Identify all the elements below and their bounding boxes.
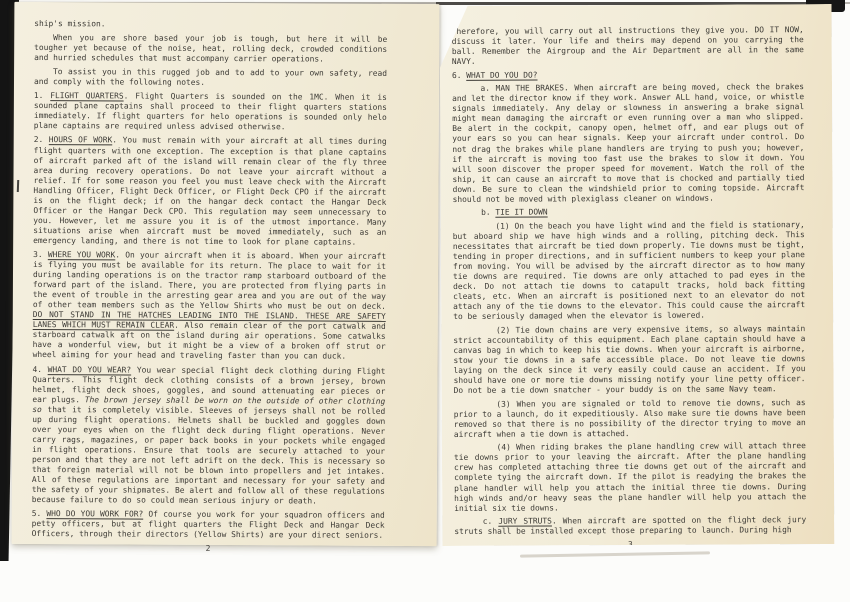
paragraph: 3. WHERE YOU WORK. On your aircraft when…	[33, 250, 387, 362]
body-text: (3) When you are signaled or told to rem…	[454, 398, 806, 439]
paragraph: 2. HOURS OF WORK. You must remain with y…	[33, 135, 387, 247]
scanned-page-left: ship's mission.When you are shore based …	[12, 2, 440, 546]
body-text: 2.	[34, 135, 49, 144]
body-text: ship's mission.	[34, 19, 105, 28]
scanned-document-view: ship's mission.When you are shore based …	[0, 0, 850, 602]
paragraph: 5. WHO DO YOU WORK FOR? Of course you wo…	[32, 509, 385, 541]
body-text: (1) On the beach you have light wind and…	[453, 220, 805, 321]
paragraph: 4. WHAT DO YOU WEAR? You wear special fl…	[32, 364, 386, 507]
paragraph: To assist you in this rugged job and to …	[34, 67, 387, 89]
body-text: 3.	[33, 250, 48, 259]
underlined-heading-text: HOURS OF WORK	[49, 136, 112, 145]
underlined-heading-text: WHAT DO YOU WEAR?	[48, 365, 132, 374]
paragraph: a. MAN THE BRAKES. When aircraft are bei…	[452, 82, 805, 204]
body-text: 6.	[452, 71, 466, 80]
body-text: . On your aircraft when it is aboard. Wh…	[33, 250, 386, 311]
body-text: (2) Tie down chains are very expensive i…	[453, 324, 805, 395]
body-text: a. MAN THE BRAKES. When aircraft are bei…	[452, 82, 805, 203]
body-text: 1.	[34, 91, 50, 100]
body-text: Therefore, you will carry out all instru…	[452, 25, 804, 66]
underlined-heading-text: JURY STRUTS	[498, 517, 552, 526]
page-number: 3	[454, 539, 806, 551]
paragraph: (2) Tie down chains are very expensive i…	[453, 324, 805, 396]
page-2-text-column: ship's mission.When you are shore based …	[32, 19, 388, 559]
underlined-heading-text: WHAT DO YOU DO?	[466, 70, 537, 79]
body-text: (4) When riding brakes the plane handlin…	[454, 441, 806, 512]
paragraph: Therefore, you will carry out all instru…	[452, 25, 804, 67]
paragraph: (3) When you are signaled or told to rem…	[454, 398, 806, 440]
paragraph: 6. WHAT DO YOU DO?	[452, 69, 804, 81]
page-number: 2	[32, 543, 385, 555]
paragraph: b. TIE IT DOWN	[453, 206, 805, 218]
body-text: that it is completely visible. Sleeves o…	[32, 405, 386, 506]
scan-artifact-pen-mark	[17, 180, 19, 192]
scan-artifact-shadow-smudge	[520, 551, 710, 557]
page-3-text-column: Therefore, you will carry out all instru…	[452, 25, 807, 554]
scanned-page-right: Therefore, you will carry out all instru…	[440, 4, 835, 546]
body-text: When you are shore based your job is tou…	[34, 33, 387, 64]
underlined-heading-text: WHERE YOU WORK	[48, 250, 116, 259]
paragraph: (1) On the beach you have light wind and…	[453, 220, 806, 322]
body-text: To assist you in this rugged job and to …	[34, 67, 387, 87]
body-text: 4.	[32, 364, 47, 373]
paragraph: c. JURY STRUTS. When aircraft are spotte…	[454, 515, 806, 537]
paragraph: When you are shore based your job is tou…	[34, 33, 387, 65]
body-text: b.	[481, 208, 495, 217]
body-text: c.	[483, 517, 499, 526]
body-text: 5.	[32, 509, 47, 518]
paragraph: ship's mission.	[34, 19, 387, 31]
body-text: . You must remain with your aircraft at …	[33, 136, 387, 247]
paragraph: (4) When riding brakes the plane handlin…	[454, 441, 806, 513]
underlined-heading-text: WHO DO YOU WORK FOR?	[46, 509, 143, 519]
underlined-heading-text: TIE IT DOWN	[495, 208, 547, 217]
paragraph: 1. FLIGHT QUARTERS. Flight Quarters is s…	[34, 91, 387, 133]
underlined-heading-text: FLIGHT QUARTERS	[50, 91, 123, 100]
